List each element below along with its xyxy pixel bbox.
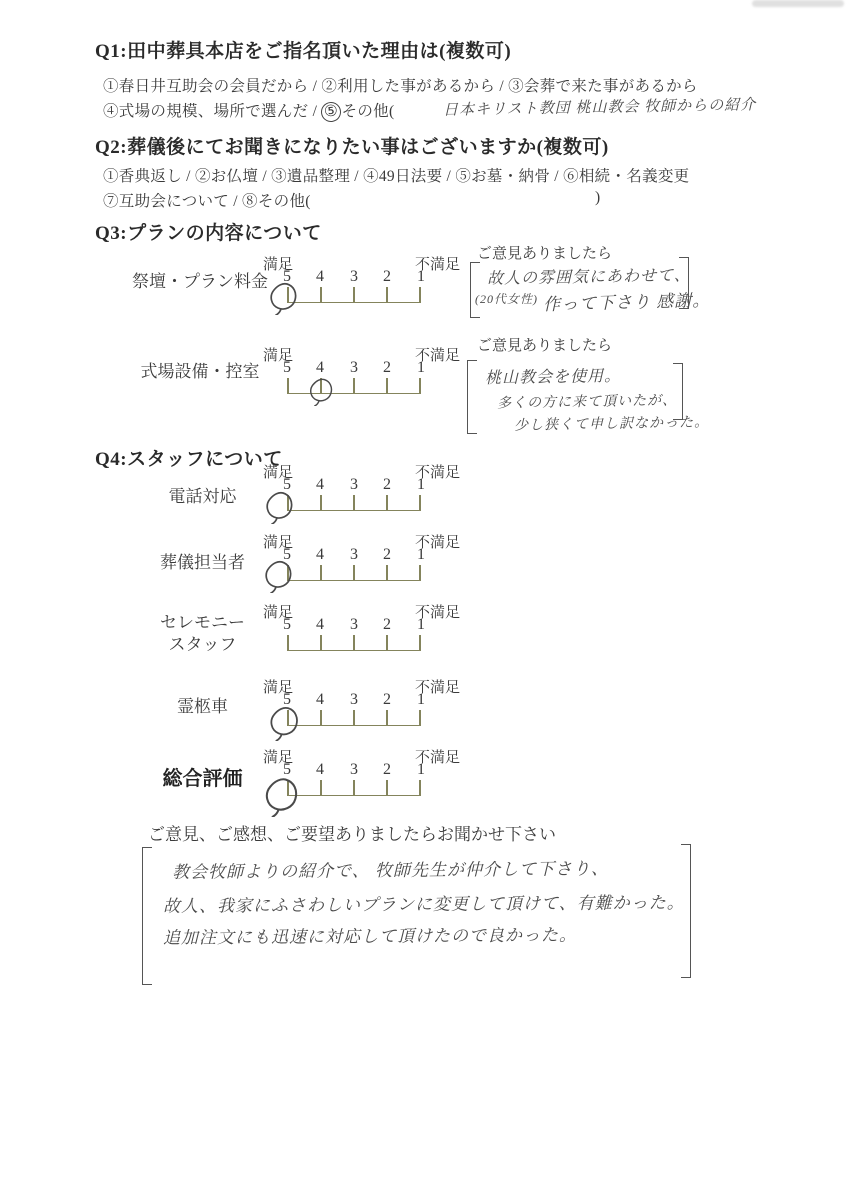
comment2-bracket-left — [467, 360, 477, 434]
scale-point-2: 2 — [376, 476, 398, 494]
q1-title: Q1:田中葬具本店をご指名頂いた理由は(複数可) — [95, 36, 511, 63]
scale-axis — [287, 780, 421, 796]
scale-point-3: 3 — [343, 616, 365, 634]
final-comment-line2: 故人、我家にふさわしいプランに変更して頂けて、有難かった。 — [163, 888, 685, 917]
rating-scale-overall-rating: 満足 不満足 5 4 3 2 1 — [263, 746, 493, 806]
rating-scale-funeral-director: 満足 不満足 5 4 3 2 1 — [263, 531, 493, 591]
q1-option5-label: その他( — [342, 103, 395, 120]
scale-point-3: 3 — [343, 761, 365, 779]
q1-options-line2: ④式場の規模、場所で選んだ / ⑤その他( — [103, 99, 394, 122]
scanned-survey-page: Q1:田中葬具本店をご指名頂いた理由は(複数可) ①春日井互助会の会員だから /… — [0, 0, 849, 1200]
scale-point-4: 4 — [309, 616, 331, 634]
q1-option5-circled: ⑤ — [320, 101, 342, 123]
final-comment-line3: 追加注文にも迅速に対応して頂けたので良かった。 — [163, 921, 577, 949]
scale-point-3: 3 — [343, 476, 365, 494]
scale-point-5: 5 — [276, 761, 298, 779]
scale-point-1: 1 — [410, 691, 432, 709]
scale-point-1: 1 — [410, 546, 432, 564]
q1-options-line1: ①春日井互助会の会員だから / ②利用した事があるから / ③会葬で来た事がある… — [103, 74, 698, 96]
scale-point-1: 1 — [410, 616, 432, 634]
scale-point-5: 5 — [276, 476, 298, 494]
q2-options-line1: ①香典返し / ②お仏壇 / ③遺品整理 / ④49日法要 / ⑤お墓・納骨 /… — [103, 164, 689, 186]
comment1-line2-small: (20代女性) — [475, 290, 538, 307]
rating-scale-phone-response: 満足 不満足 5 4 3 2 1 — [263, 461, 493, 521]
final-comment-prompt: ご意見、ご感想、ご要望ありましたらお聞かせ下さい — [148, 820, 556, 845]
q1-option4: ④式場の規模、場所で選んだ / — [103, 103, 321, 120]
scale-point-3: 3 — [343, 691, 365, 709]
scale-point-1: 1 — [410, 359, 432, 377]
q1-handwritten-answer: 日本キリスト教団 桃山教会 牧師からの紹介 — [443, 93, 757, 119]
comment2-line3: 少し狭くて申し訳なかった。 — [514, 411, 709, 434]
rating-scale-altar-plan-fee: 満足 不満足 5 4 3 2 1 — [263, 253, 493, 313]
scale-point-2: 2 — [376, 359, 398, 377]
q2-options-line2-close: ) — [595, 189, 600, 207]
scale-point-5: 5 — [276, 546, 298, 564]
q4-title: Q4:スタッフについて — [95, 444, 283, 471]
q3-title: Q3:プランの内容について — [95, 218, 322, 245]
comment1-line2: 作って下さり 感謝。 — [543, 286, 711, 315]
comment2-line1: 桃山教会を使用。 — [485, 363, 621, 388]
scale-point-1: 1 — [410, 476, 432, 494]
scale-point-4: 4 — [309, 761, 331, 779]
scale-axis — [287, 710, 421, 726]
comment2-line2: 多くの方に来て頂いたが、 — [497, 389, 677, 412]
q2-options-line2: ⑦互助会について / ⑧その他( — [103, 189, 311, 211]
scale-point-5: 5 — [276, 359, 298, 377]
scale-axis — [287, 495, 421, 511]
scale-point-2: 2 — [376, 546, 398, 564]
scale-point-3: 3 — [343, 359, 365, 377]
scale-point-4: 4 — [309, 476, 331, 494]
scale-axis — [287, 287, 421, 303]
final-comment-bracket-left — [142, 847, 152, 985]
scale-point-4: 4 — [309, 268, 331, 286]
scale-axis — [287, 565, 421, 581]
scale-point-4: 4 — [309, 546, 331, 564]
scale-point-5: 5 — [276, 616, 298, 634]
scale-point-4: 4 — [309, 359, 331, 377]
scale-point-4: 4 — [309, 691, 331, 709]
scale-point-1: 1 — [410, 761, 432, 779]
rating-scale-ceremony-staff: 満足 不満足 5 4 3 2 1 — [263, 601, 493, 661]
scale-point-5: 5 — [276, 691, 298, 709]
rating-scale-venue-facilities: 満足 不満足 5 4 3 2 1 — [263, 344, 493, 404]
q2-title: Q2:葬儀後にてお聞きになりたい事はございますか(複数可) — [95, 132, 609, 159]
scale-point-3: 3 — [343, 268, 365, 286]
scan-artifact — [752, 0, 844, 7]
scale-axis — [287, 378, 421, 394]
scale-point-2: 2 — [376, 761, 398, 779]
scale-point-5: 5 — [276, 268, 298, 286]
scale-point-2: 2 — [376, 268, 398, 286]
q3-comment-prompt-1: ご意見ありましたら — [477, 242, 612, 263]
scale-point-3: 3 — [343, 546, 365, 564]
final-comment-line1: 教会牧師よりの紹介で、 牧師先生が仲介して下さり、 — [172, 854, 609, 883]
scale-point-1: 1 — [410, 268, 432, 286]
scale-point-2: 2 — [376, 616, 398, 634]
scale-point-2: 2 — [376, 691, 398, 709]
q3-comment-prompt-2: ご意見ありましたら — [477, 334, 612, 355]
rating-scale-hearse: 満足 不満足 5 4 3 2 1 — [263, 676, 493, 736]
scale-axis — [287, 635, 421, 651]
comment1-line1: 故人の雰囲気にあわせて、 — [487, 262, 691, 289]
